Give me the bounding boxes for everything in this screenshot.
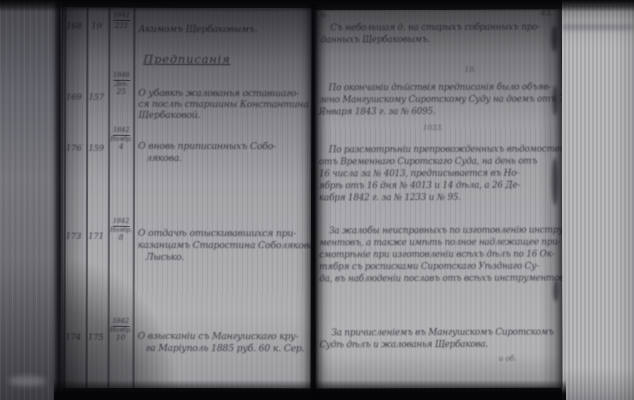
handwritten-line: О вновь приписанныхъ Собо- <box>138 141 276 152</box>
top-shadow <box>0 0 634 12</box>
handwritten-line: ся послѣ старшины Константина Андр. <box>138 99 311 111</box>
handwritten-line: По разсмотрѣніи препровожденныхъ вѣдомос… <box>329 145 563 156</box>
spine-shadow <box>52 0 66 400</box>
fore-edge-band <box>562 24 634 30</box>
entry-number-col2: 171 <box>86 232 106 242</box>
right-page: № 43. Съ небольшая д. на старыхъ собранн… <box>314 10 562 389</box>
entry-number-col2: 159 <box>86 144 106 154</box>
gutter-shadow <box>303 4 325 396</box>
entry-date-year: 1842 <box>107 218 135 225</box>
handwritten-line: ментовъ, а также имѣть полное надлежащее… <box>319 238 560 249</box>
entry-date-day: 4 <box>107 143 135 151</box>
entry-date-day: 8 <box>107 234 135 242</box>
handwritten-line: ябрѣ отъ 16 дня № 4013 и 14 дѣла, а 26 Д… <box>319 181 520 192</box>
entry-number-col1: 176 <box>63 144 84 154</box>
handwritten-line: 16 числа за № 4013, предписывается въ Но… <box>319 169 519 180</box>
entry-date: 1842 Ноябр. 10 <box>107 318 135 342</box>
ink-smudge <box>551 26 557 52</box>
handwritten-line: отъ Временнаго Сиротскаго Суда, на день … <box>319 157 537 168</box>
handwritten-line: Судѣ дѣлъ и жалованья Щербакова. <box>319 340 488 351</box>
handwritten-line: О взысканіи съ Мангушскаго кру- <box>138 331 299 342</box>
handwritten-line: смотрѣніе при изготовленіи всѣхъ дѣлъ по… <box>319 250 554 261</box>
handwritten-line: О отдачѣ отыскивавшихся при- <box>138 228 296 239</box>
entry-text: Акимомъ Щербаковымъ. <box>138 24 257 35</box>
entry-date-year: 1846 <box>107 72 135 79</box>
left-page: 168 19 1842 221 Акимомъ Щербаковымъ. Пре… <box>62 8 312 389</box>
handwritten-line: По окончаніи дѣйствія предписанія было о… <box>329 83 552 94</box>
entry-number-col1: 168 <box>63 22 84 32</box>
handwritten-line: За причисленіемъ въ Мангушскомъ Сиротско… <box>331 328 553 339</box>
entry-date-number: 221 <box>107 22 135 30</box>
ink-smudge <box>553 86 558 116</box>
marginal-note: 18. <box>465 65 476 74</box>
handwritten-line: тября съ росписками Сиротскаго Уѣзднаго … <box>319 262 539 273</box>
entry-date-day: 25 <box>107 88 135 96</box>
entry-date-day: 10 <box>107 334 135 342</box>
handwritten-line: данныхъ Щербаковымъ. <box>320 35 430 45</box>
entry-number-col1: 173 <box>63 232 84 242</box>
handwritten-line: лякова. <box>146 153 182 164</box>
entry-number-col1: 169 <box>63 93 84 103</box>
book-fore-edge-strip <box>562 0 634 400</box>
marginal-note: и об. <box>499 354 517 363</box>
entry-date: 1842 Ноябр. 4 <box>107 127 135 151</box>
ink-smudge <box>552 158 558 206</box>
handwritten-line: Съ небольшая д. на старыхъ собранныхъ пр… <box>330 23 540 34</box>
handwritten-line: га Маріуполь 1885 руб. 60 к. Сер. <box>146 343 305 354</box>
entry-number-col2: 157 <box>86 93 106 103</box>
section-heading: Предписанія <box>62 52 311 67</box>
bottom-shadow <box>54 380 566 400</box>
entry-date: 1846 Дек. 25 <box>107 72 135 96</box>
entry-number-col2: 19 <box>86 22 106 32</box>
handwritten-line: лено Мангушскому Сиротскому Суду на доем… <box>319 95 563 106</box>
entry-date: 1842 Ноябр. 8 <box>107 218 135 242</box>
entry-date: 1842 221 <box>107 12 135 29</box>
marginal-note: 1033. <box>423 123 444 132</box>
entry-date-year: 1842 <box>107 127 135 134</box>
handwritten-line: Лысько. <box>146 252 184 263</box>
handwritten-line: За жалобы неисправныхъ по изготовленію и… <box>329 226 563 237</box>
handwritten-line: Января 1843 г. за № 6095. <box>319 107 436 117</box>
entry-date-year: 1842 <box>107 318 135 325</box>
backdrop-smudge <box>8 376 46 386</box>
archival-register-photo: 168 19 1842 221 Акимомъ Щербаковымъ. Пре… <box>0 0 634 400</box>
entry-date-year: 1842 <box>107 12 135 19</box>
handwritten-line: О убавкѣ жалованья оставшаго- <box>138 88 299 99</box>
handwritten-line: Щербаковой. <box>138 110 200 121</box>
handwritten-line: кабря 1842 г. за № 1233 и № 95. <box>319 193 461 203</box>
entry-number-col2: 175 <box>86 333 106 343</box>
handwritten-line: казанцамъ Старостина Соболякова <box>138 240 312 251</box>
handwritten-line: да, въ наблюденіи пославъ отъ всѣхъ инст… <box>319 274 562 285</box>
ink-smudge <box>553 280 558 302</box>
